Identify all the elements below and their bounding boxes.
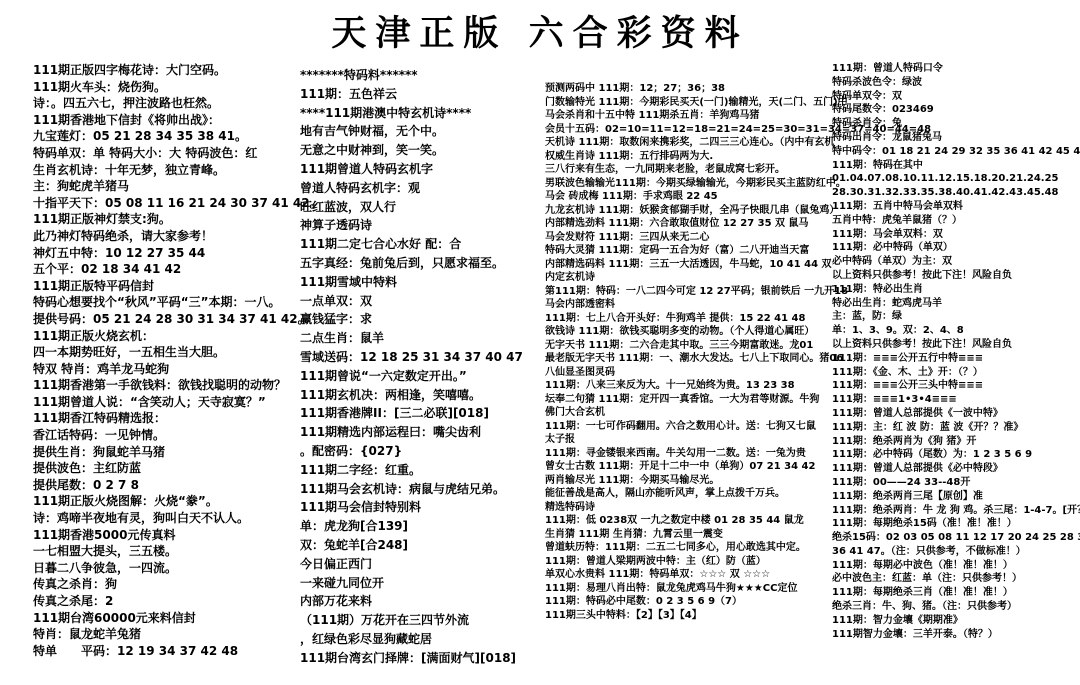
text-line: 一七相盟大提头，三五楼。 <box>33 543 322 560</box>
text-line: 特码心想要找个“秋风”平码“三”本期：一八。 <box>33 294 322 311</box>
text-line: 111期：每期绝杀三肖（准！准！准！） <box>832 586 1080 600</box>
text-line: 特双 特肖：鸡羊龙马蛇狗 <box>33 361 322 378</box>
text-line: 111期香港牌II：[三二必联][018] <box>300 404 523 423</box>
text-line: 111期：≡≡≡公开五行中特≡≡≡ <box>832 352 1080 366</box>
text-line: 111期香港地下信封《将帅出战》： <box>33 112 322 129</box>
text-line: 111期正版神灯禁支:狗。 <box>33 211 322 228</box>
text-line: 111期：每期必中波色（准！准！准！） <box>832 559 1080 573</box>
text-line: 提供尾数：0 2 7 8 <box>33 477 322 494</box>
text-line: 绝杀三肖：牛、狗、猪。（注：只供参考） <box>832 600 1080 614</box>
text-line: 提供生肖：狗鼠蛇羊马猪 <box>33 444 322 461</box>
text-line: 五字真经：兔前兔后到，只愿求福至。 <box>300 254 523 273</box>
text-line: 111期：五肖中特马会单双料 <box>832 200 1080 214</box>
text-line: 双：兔蛇羊[合248] <box>300 536 523 555</box>
column-1: 111期正版四字梅花诗：大门空码。111期火车头：烧伤狗。诗：。四五六七，押注波… <box>33 62 322 659</box>
text-line: 特码单双：单 特码大小：大 特码波色：红 <box>33 145 322 162</box>
text-line: 必中波色主：红蓝：单（注：只供参考！） <box>832 572 1080 586</box>
text-line: 神算子透码诗 <box>300 216 523 235</box>
text-line: ，红绿色彩尽显狗藏蛇居 <box>300 630 523 649</box>
text-line: 111期：《金、木、土》开：（？） <box>832 366 1080 380</box>
text-line: 111期：曾道人总部提供《一波中特》 <box>832 407 1080 421</box>
text-line: 地有吉气钟财福，无个中。 <box>300 122 523 141</box>
text-line: 旺红蓝波，双人行 <box>300 198 523 217</box>
text-line: 日暮二八争彼急，一四流。 <box>33 560 322 577</box>
text-line: 单：1、3、9。双：2、4、8 <box>832 324 1080 338</box>
text-line: 此乃神灯特码绝杀，请大家参考！ <box>33 228 322 245</box>
text-line: 111期：马会单双料：双 <box>832 228 1080 242</box>
text-line: 五肖中特：虎兔羊鼠猪（？） <box>832 214 1080 228</box>
text-line: 111期玄机决：两相逢，笑嘻嘻。 <box>300 386 523 405</box>
text-line: 111期：绝杀两肖三尾【原创】准 <box>832 490 1080 504</box>
text-line: 单：虎龙狗[合139] <box>300 517 523 536</box>
text-line: 一来碰九同位开 <box>300 574 523 593</box>
text-line: 以上资料只供参考！按此下注！风险自负 <box>832 338 1080 352</box>
text-line: 特码杀肖令：兔 <box>832 117 1080 131</box>
text-line: 特必出生肖：蛇鸡虎马羊 <box>832 297 1080 311</box>
text-line: 。配密码：{027} <box>300 442 523 461</box>
column-4: 111期：曾道人特码口令特码杀波色令：绿波特码单双令：双特码尾数令：023469… <box>832 62 1080 641</box>
text-line: 111期马会信封特别料 <box>300 498 523 517</box>
text-line: 01.04.07.08.10.11.12.15.18.20.21.24.25 <box>832 172 1080 186</box>
text-line: 111期：曾道人特码口令 <box>832 62 1080 76</box>
text-line: 111期台湾玄门择牌：[满面财气][018] <box>300 649 523 668</box>
text-line: 特单 平码：12 19 34 37 42 48 <box>33 643 322 660</box>
text-line: 香江话特码：一见钟情。 <box>33 427 322 444</box>
text-line: 111期正版火烧玄机： <box>33 328 322 345</box>
text-line: 今日偏正西门 <box>300 555 523 574</box>
text-line: 111期：曾道人总部提供《必中特段》 <box>832 462 1080 476</box>
text-line: 111期香江特码精选报： <box>33 410 322 427</box>
text-line: 111期雪域中特料 <box>300 273 523 292</box>
text-line: 111期：≡≡≡1•3•4≡≡≡ <box>832 393 1080 407</box>
document-title: 天津正版 六合彩资料 <box>0 6 1080 56</box>
text-line: 111期：绝杀两肖为《狗 猪》开 <box>832 435 1080 449</box>
text-line: 特码尾数令：023469 <box>832 103 1080 117</box>
text-line: 无意之中财神到，笑一笑。 <box>300 141 523 160</box>
text-line: 36 41 47。（注：只供参考，不做标准！） <box>832 545 1080 559</box>
text-line: 111期香港5000元传真料 <box>33 527 322 544</box>
text-line: 111期曾道人特码玄机字 <box>300 160 523 179</box>
text-line: 111期精选内部运程曰：嘴尖齿利 <box>300 423 523 442</box>
text-line: 111期：特码在其中 <box>832 159 1080 173</box>
text-line: 特码杀波色令：绿波 <box>832 76 1080 90</box>
text-line: 主：狗蛇虎羊猪马 <box>33 178 322 195</box>
text-line: 生肖玄机诗：十年无梦，独立青峰。 <box>33 162 322 179</box>
text-line: 主：蓝，防：绿 <box>832 310 1080 324</box>
text-line: 特码单双令：双 <box>832 90 1080 104</box>
text-line: 提供号码：05 21 24 28 30 31 34 37 41 42。 <box>33 311 322 328</box>
text-line: 十指平天下：05 08 11 16 21 24 30 37 41 42。 <box>33 195 322 212</box>
text-line: *******特码料****** <box>300 66 523 85</box>
text-line: 111期曾说“一六定数定开出。” <box>300 367 523 386</box>
text-line: 111期：必中特码（单双） <box>832 241 1080 255</box>
text-line: 必中特码（单双）为主：双 <box>832 255 1080 269</box>
text-line: 111期二字经：红重。 <box>300 461 523 480</box>
text-line: 111期台湾60000元来料信封 <box>33 610 322 627</box>
column-2: *******特码料******111期：五色祥云****111期港澳中特玄机诗… <box>300 66 523 668</box>
text-line: 111期正版四字梅花诗：大门空码。 <box>33 62 322 79</box>
text-line: 111期智力金壤：三羊开泰。（特？） <box>832 628 1080 642</box>
text-line: 一点单双：双 <box>300 292 523 311</box>
text-line: 传真之杀肖：狗 <box>33 576 322 593</box>
text-line: 特肖：鼠龙蛇羊兔猪 <box>33 626 322 643</box>
text-line: 111期：主：红 波 防：蓝 波《开？？准》 <box>832 421 1080 435</box>
text-line: 二点生肖：鼠羊 <box>300 329 523 348</box>
text-line: 111期：每期绝杀15码（准！准！准！） <box>832 517 1080 531</box>
text-line: 诗：。四五六七，押注波路也枉然。 <box>33 95 322 112</box>
text-line: 四一本期势旺好，一五相生当大胆。 <box>33 344 322 361</box>
text-line: 绝杀15码：02 03 05 08 11 12 17 20 24 25 28 3… <box>832 531 1080 545</box>
text-line: 111期马会玄机诗：病鼠与虎结兄弟。 <box>300 480 523 499</box>
text-line: ****111期港澳中特玄机诗**** <box>300 104 523 123</box>
text-line: 111期：五色祥云 <box>300 85 523 104</box>
text-line: 111期正版特平码信封 <box>33 278 322 295</box>
text-line: 111期火车头：烧伤狗。 <box>33 79 322 96</box>
text-line: 111期：绝杀两肖：牛 龙 狗 鸡。杀三尾：1-4-7。[开？] <box>832 504 1080 518</box>
text-line: 特码出肖令：龙鼠猪兔马 <box>832 131 1080 145</box>
text-line: 五个平：02 18 34 41 42 <box>33 261 322 278</box>
text-line: 雪域送码：12 18 25 31 34 37 40 47 <box>300 348 523 367</box>
text-line: 九宝莲灯：05 21 28 34 35 38 41。 <box>33 128 322 145</box>
text-line: 28.30.31.32.33.35.38.40.41.42.43.45.48 <box>832 186 1080 200</box>
text-line: 111期正版火烧图解：火烧“豢”。 <box>33 493 322 510</box>
text-line: （111期）万花开在三四节外流 <box>300 611 523 630</box>
text-line: 111期二定七合心水好 配：合 <box>300 235 523 254</box>
text-line: 以上资料只供参考！按此下注！风险自负 <box>832 269 1080 283</box>
text-line: 神灯五中特：10 12 27 35 44 <box>33 245 322 262</box>
text-line: 111期曾道人说：“含笑动人；天寺寂寞？” <box>33 394 322 411</box>
text-line: 传真之杀尾：2 <box>33 593 322 610</box>
text-line: 特中码令：01 18 21 24 29 32 35 36 41 42 45 48 <box>832 145 1080 159</box>
text-line: 111期：特必出生肖 <box>832 283 1080 297</box>
text-line: 诗：鸡啼半夜地有灵，狗叫白天不认人。 <box>33 510 322 527</box>
text-line: 曾道人特码玄机字：观 <box>300 179 523 198</box>
text-line: 111期香港第一手欲钱料：欲钱找聪明的动物？ <box>33 377 322 394</box>
text-line: 提供波色：主红防蓝 <box>33 460 322 477</box>
text-line: 111期：≡≡≡公开三头中特≡≡≡ <box>832 379 1080 393</box>
text-line: 内部万花来料 <box>300 592 523 611</box>
text-line: 111期：必中特码（尾数）为：1 2 3 5 6 9 <box>832 448 1080 462</box>
text-line: 111期：智力金壤《期期准》 <box>832 614 1080 628</box>
text-line: 111期：00——24 33--48开 <box>832 476 1080 490</box>
page-root: 天津正版 六合彩资料 111期正版四字梅花诗：大门空码。111期火车头：烧伤狗。… <box>0 0 1080 685</box>
text-line: 赢钱猛字：求 <box>300 310 523 329</box>
